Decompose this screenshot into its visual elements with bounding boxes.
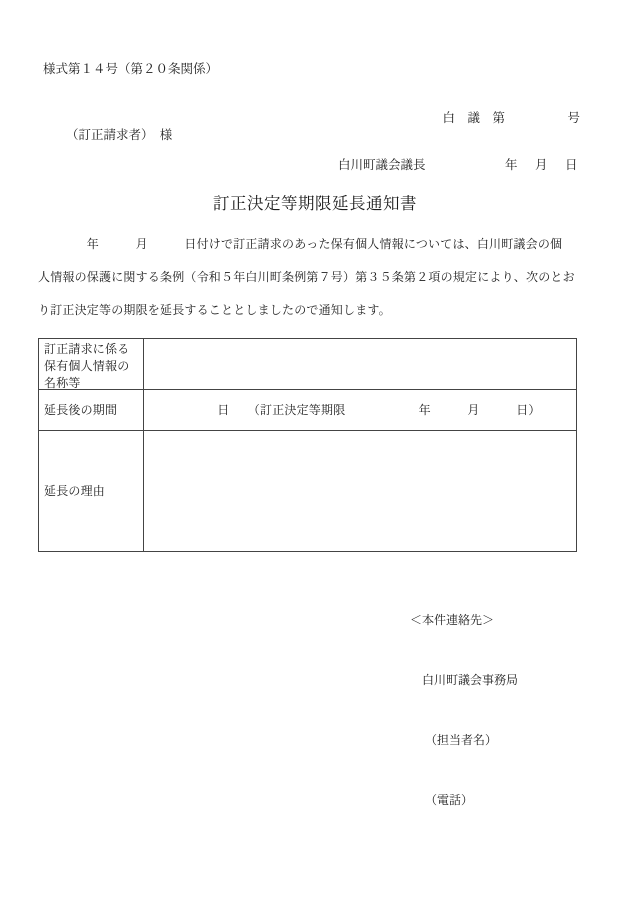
date-line: 年 月 日 (442, 157, 580, 174)
row-value-extended-period: 日 （訂正決定等期限 年 月 日） (144, 390, 576, 430)
table-row: 延長後の期間 日 （訂正決定等期限 年 月 日） (39, 389, 576, 430)
form-number: 様式第１４号（第２０条関係） (43, 62, 218, 77)
body-paragraph: 年 月 日付けで訂正請求のあった保有個人情報については、白川町議会の個 人情報の… (38, 228, 590, 327)
document-title: 訂正決定等期限延長通知書 (0, 190, 630, 214)
form-table: 訂正請求に係る保有個人情報の名称等 延長後の期間 日 （訂正決定等期限 年 月 … (38, 338, 577, 552)
row-value-information-name (144, 339, 576, 389)
row-value-extension-reason (144, 431, 576, 551)
row-label-information-name: 訂正請求に係る保有個人情報の名称等 (39, 339, 144, 389)
document-number-line: 白 議 第 号 (442, 110, 580, 127)
document-number-block: 白 議 第 号 年 月 日 (442, 80, 580, 204)
table-row: 延長の理由 (39, 430, 576, 551)
body-line: 人情報の保護に関する条例（令和５年白川町条例第７号）第３５条第２項の規定により、… (38, 261, 590, 294)
contact-office: 白川町議会事務局 (422, 670, 518, 690)
document-page: 様式第１４号（第２０条関係） 白 議 第 号 年 月 日 （訂正請求者） 様 白… (0, 0, 630, 903)
addressee: （訂正請求者） 様 (66, 128, 172, 143)
row-label-extension-reason: 延長の理由 (39, 431, 144, 551)
row-label-extended-period: 延長後の期間 (39, 390, 144, 430)
issuer-name: 白川町議会議長 (338, 158, 426, 173)
table-row: 訂正請求に係る保有個人情報の名称等 (39, 339, 576, 389)
contact-block: ＜本件連絡先＞ 白川町議会事務局 （担当者名） （電話） (410, 570, 518, 850)
contact-heading: ＜本件連絡先＞ (410, 610, 518, 630)
body-line: り訂正決定等の期限を延長することとしましたので通知します。 (38, 294, 590, 327)
contact-phone: （電話） (425, 790, 518, 810)
body-line: 年 月 日付けで訂正請求のあった保有個人情報については、白川町議会の個 (38, 228, 590, 261)
contact-person: （担当者名） (425, 730, 518, 750)
